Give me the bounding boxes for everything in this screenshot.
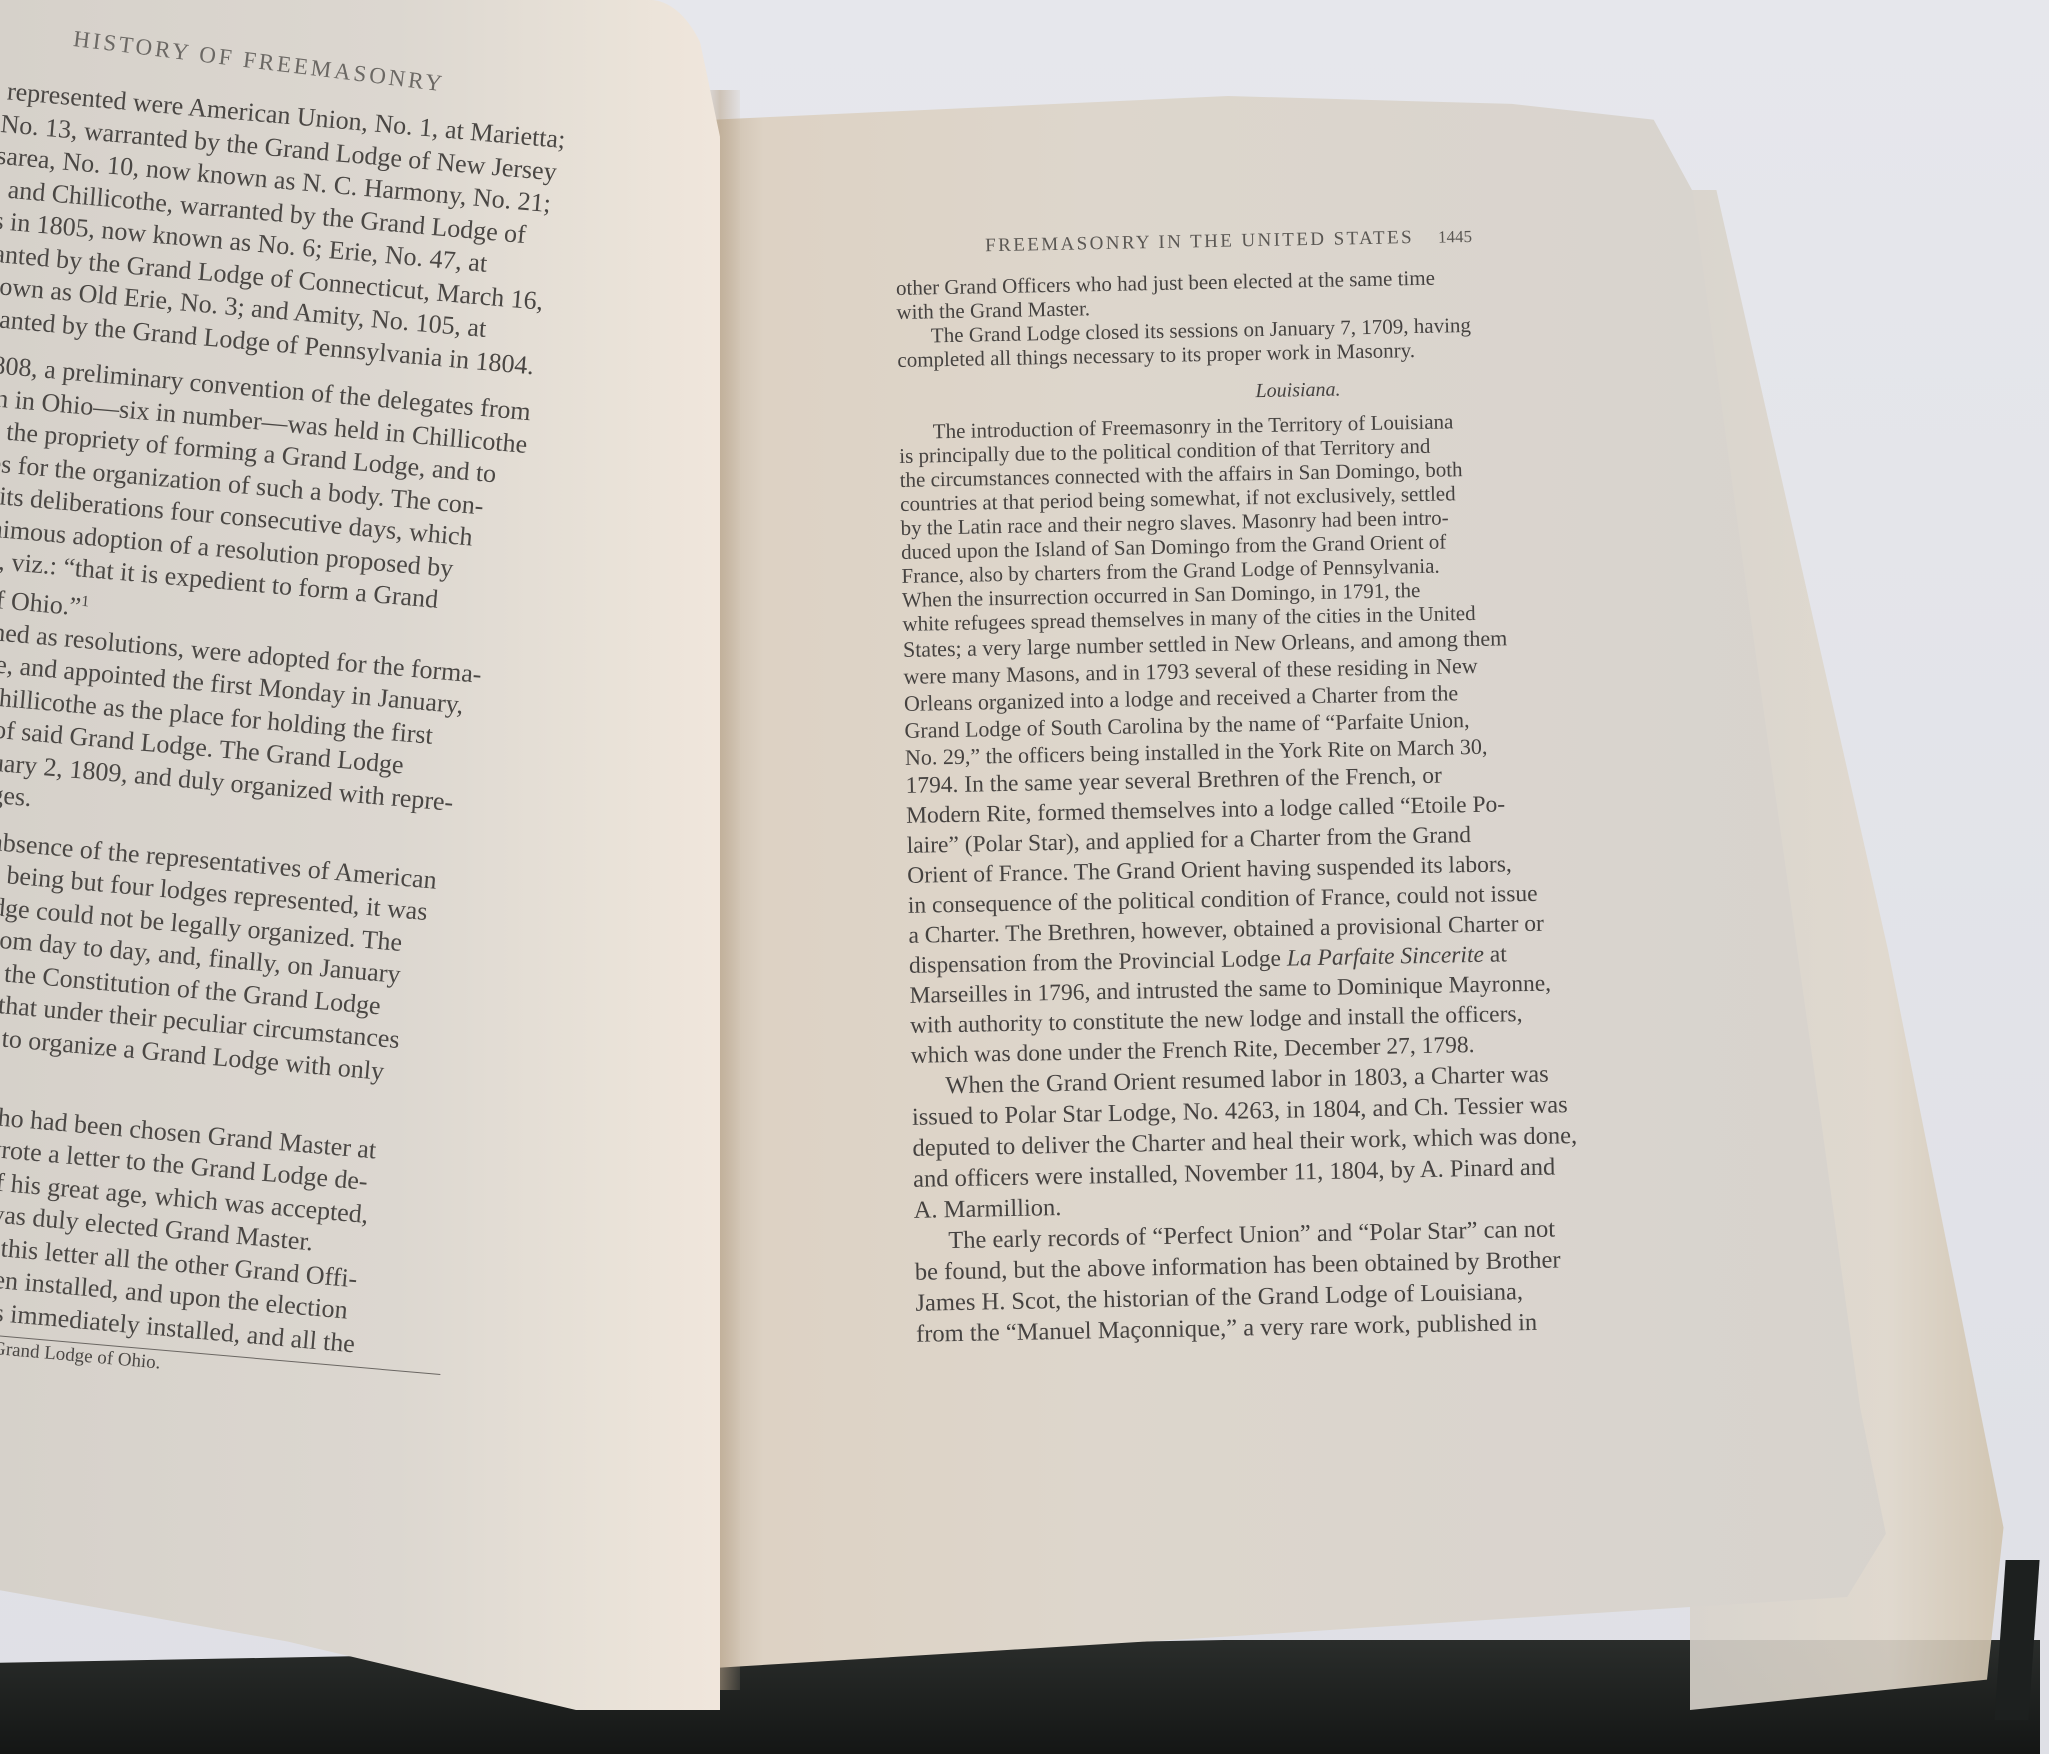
- paragraph-3: The introduction of Freemasonry in the T…: [899, 405, 1711, 1071]
- left-page-body: s represented were American Union, No. 1…: [0, 74, 630, 1408]
- paragraph-5: The early records of “Perfect Union” and…: [914, 1210, 1716, 1349]
- book-photo: HISTORY OF FREEMASONRY s represented wer…: [0, 0, 2049, 1754]
- footnote-marker: 1: [81, 592, 90, 610]
- italic-lodge-name: La Parfaite Sincerite: [1287, 942, 1485, 972]
- section-heading-louisiana: Louisiana.: [898, 371, 1698, 410]
- right-page-body: FREEMASONRY IN THE UNITED STATES1445 oth…: [895, 221, 1716, 1350]
- paragraph-4: When the Grand Orient resumed labor in 1…: [911, 1055, 1714, 1225]
- page-number: 1445: [1438, 227, 1472, 247]
